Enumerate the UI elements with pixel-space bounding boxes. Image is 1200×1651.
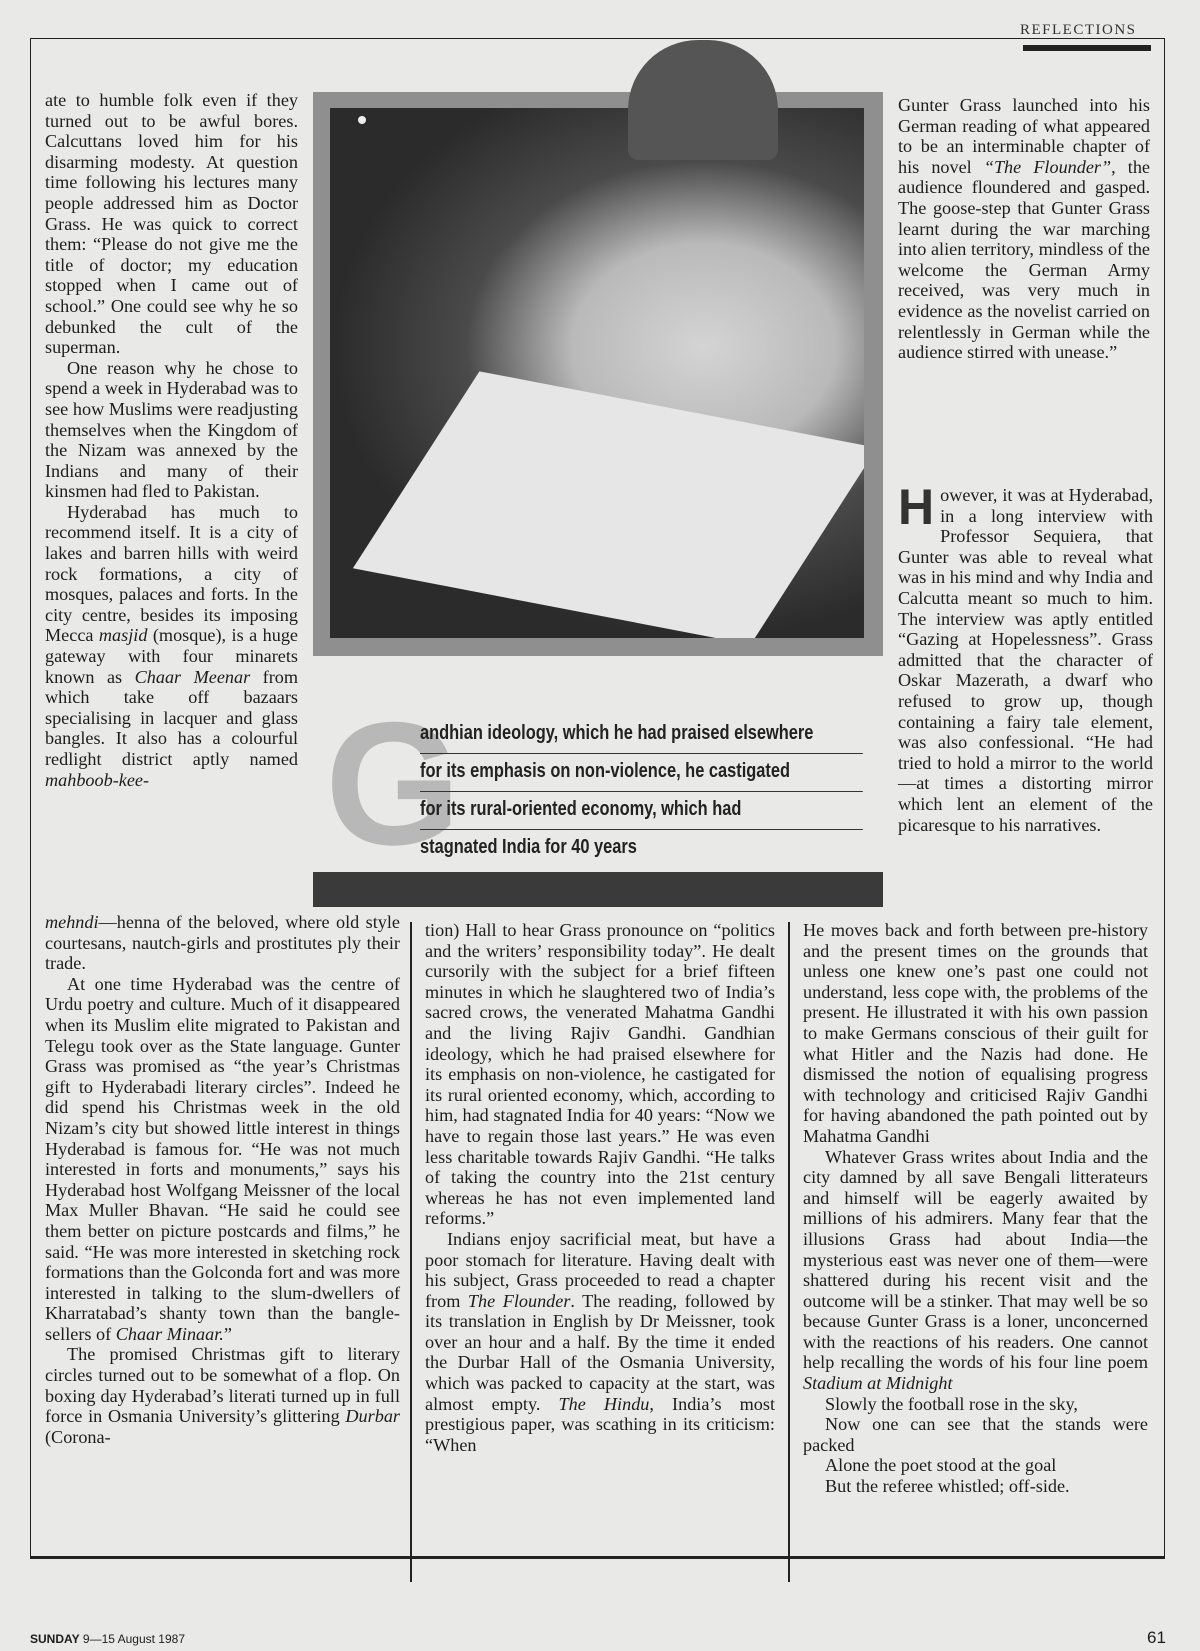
column-3-section: However, it was at Hyderabad, in a long … [898,485,1153,835]
column-1: ate to humble folk even if they turned o… [45,90,298,790]
column-2: tion) Hall to hear Grass pronounce on “p… [425,920,775,1455]
paragraph: Whatever Grass writes about India and th… [803,1147,1148,1394]
paragraph: However, it was at Hyderabad, in a long … [898,485,1153,835]
poem-line: But the referee whistled; off-side. [803,1476,1148,1497]
column-1-continued: mehndi—henna of the beloved, where old s… [45,912,400,1447]
pull-quote-line: andhian ideology, which he had praised e… [420,716,863,754]
page-number: 61 [1147,1628,1166,1648]
footer-issue: SUNDAY 9—15 August 1987 [30,1632,185,1646]
column-3: Gunter Grass launched into his German re… [898,95,1150,363]
poem-line: Slowly the football rose in the sky, [803,1394,1148,1415]
pull-quote-line: for its rural-oriented economy, which ha… [420,792,863,830]
column-rule [788,922,790,1582]
photo-dot [358,116,366,124]
magazine-name: SUNDAY [30,1632,80,1646]
paragraph: tion) Hall to hear Grass pronounce on “p… [425,920,775,1229]
paragraph: The promised Christmas gift to literary … [45,1344,400,1447]
paragraph: He moves back and forth between pre-hist… [803,920,1148,1147]
section-tag: REFLECTIONS [1020,22,1137,39]
paragraph: Hyderabad has much to recommend itself. … [45,502,298,790]
paragraph: One reason why he chose to spend a week … [45,358,298,502]
paragraph: Indians enjoy sacrificial meat, but have… [425,1229,775,1456]
poem-line: Now one can see that the stands were pac… [803,1414,1148,1455]
pull-quote: andhian ideology, which he had praised e… [420,716,801,867]
paragraph: At one time Hyderabad was the centre of … [45,974,400,1345]
pull-quote-line: stagnated India for 40 years [420,830,863,867]
column-rule [410,922,412,1582]
paragraph: mehndi—henna of the beloved, where old s… [45,912,400,974]
photo-head-popout [628,40,778,160]
photo-book [353,371,864,638]
paragraph: Gunter Grass launched into his German re… [898,95,1150,363]
frame-bottom-rule [30,1556,1165,1559]
photo [330,108,864,638]
poem-line: Alone the poet stood at the goal [803,1455,1148,1476]
pull-quote-line: for its emphasis on non-violence, he cas… [420,754,863,792]
column-3-continued: He moves back and forth between pre-hist… [803,920,1148,1497]
issue-dates: 9—15 August 1987 [83,1632,185,1646]
pull-quote-bar [313,872,883,907]
paragraph: ate to humble folk even if they turned o… [45,90,298,358]
drop-cap: H [898,487,934,527]
